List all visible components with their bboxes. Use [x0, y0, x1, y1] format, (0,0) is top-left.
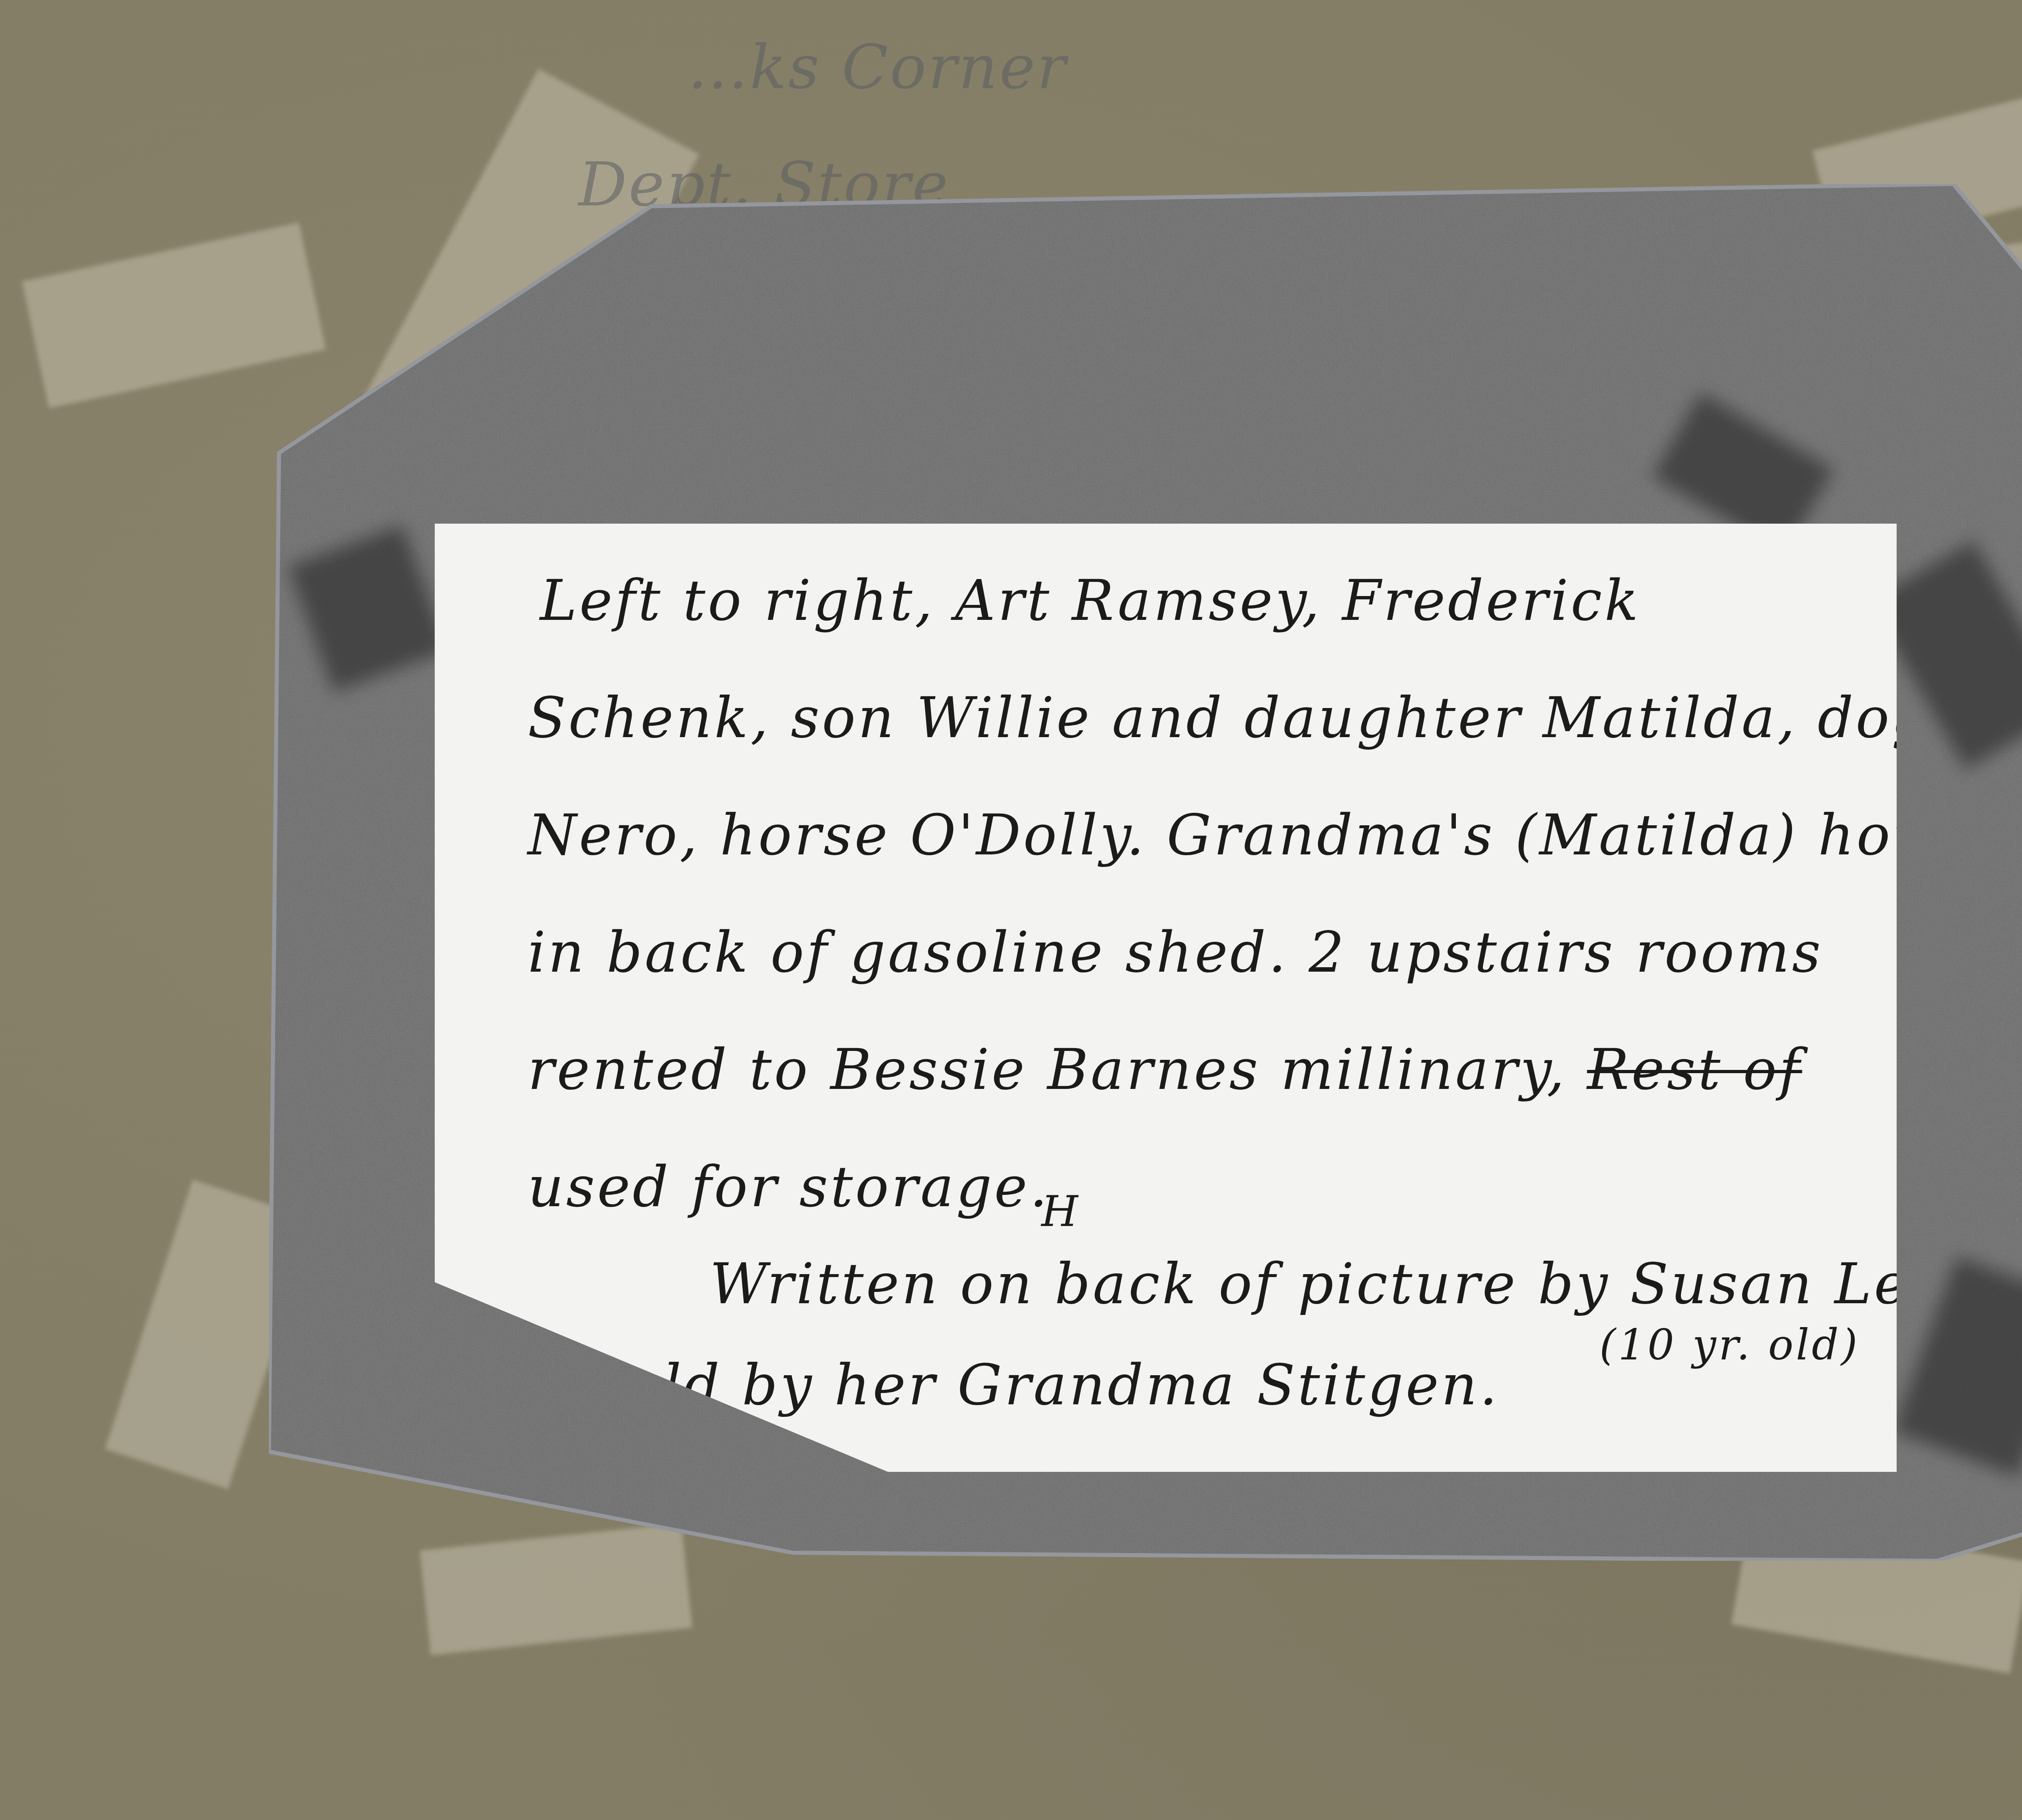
struck-correction: Rest of: [1587, 1037, 1802, 1102]
note-line-5-text: rented to Bessie Barnes millinary,: [528, 1037, 1567, 1102]
attribution-line-1: Written on back of picture by Susan Lee: [710, 1251, 1945, 1317]
note-line-2: Schenk, son Willie and daughter Matilda,…: [528, 685, 1930, 750]
note-line-4: in back of gasoline shed. 2 upstairs roo…: [528, 920, 1823, 985]
handwritten-note-card: Left to right, Art Ramsey, Frederick Sch…: [435, 524, 1897, 1472]
insertion-mark: H: [1041, 1187, 1081, 1236]
note-line-5: rented to Bessie Barnes millinary, Rest …: [528, 1037, 1802, 1102]
note-line-1: Left to right, Art Ramsey, Frederick: [540, 568, 1641, 633]
note-line-6: used for storage.: [528, 1154, 1050, 1220]
note-line-3: Nero, horse O'Dolly. Grandma's (Matilda)…: [528, 803, 1997, 868]
age-note: (10 yr. old): [1599, 1320, 1860, 1370]
